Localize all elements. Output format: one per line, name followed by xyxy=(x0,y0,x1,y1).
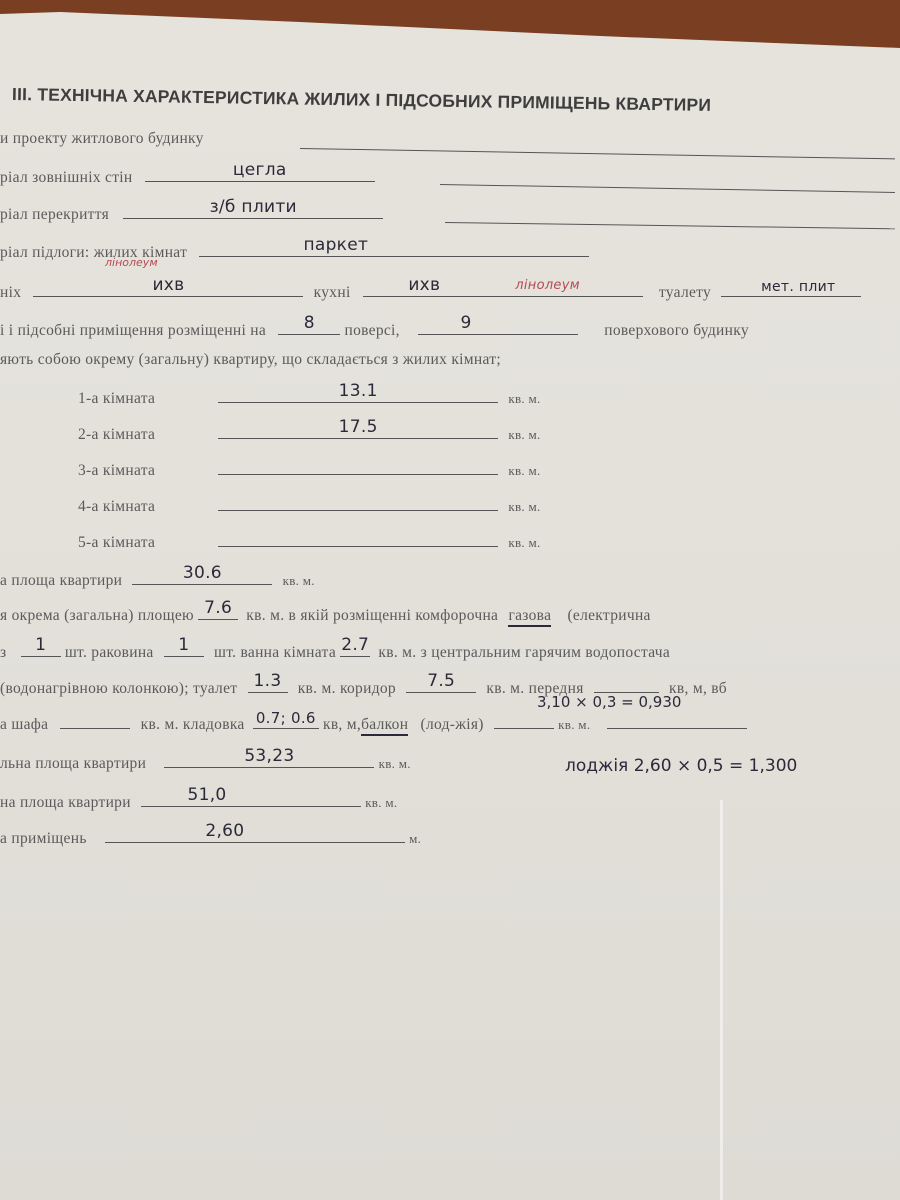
project-label: и проекту житлового будинку xyxy=(0,130,204,147)
living-area-value: 30.6 xyxy=(183,563,222,583)
room-unit: кв. м. xyxy=(508,427,540,442)
closet-row: а шафа кв. м. кладовка 0.7; 0.6 кв, м,ба… xyxy=(0,712,747,734)
room-row: 1-а кімната 13.1 кв. м. xyxy=(78,386,541,408)
location-suffix: поверхового будинку xyxy=(604,322,749,339)
room-unit: кв. м. xyxy=(508,391,540,406)
kitchen-note: лінолеум xyxy=(515,278,580,293)
sink-row: з 1 шт. раковина 1 шт. ванна кімната 2.7… xyxy=(0,640,670,662)
balcony-label: балкон xyxy=(361,716,408,736)
storage-area: 0.7; 0.6 xyxy=(256,709,316,727)
usable-area-label: на площа квартири xyxy=(0,794,131,811)
room-unit: кв. м. xyxy=(508,499,540,514)
room-area-field: 13.1 xyxy=(218,386,498,403)
room-area-field xyxy=(218,494,498,511)
total-area-value: 53,23 xyxy=(244,746,294,766)
room-row: 3-а кімната кв. м. xyxy=(78,458,541,480)
closet-field xyxy=(60,712,130,729)
toilet-field: мет. плит xyxy=(721,280,861,297)
closet-t4: кв. м. xyxy=(558,717,590,732)
floor-types-row: ніх ихв кухні ихв лінолеум туалету мет. … xyxy=(0,280,861,302)
walls-line-ext xyxy=(440,184,895,193)
kitchen-area-field: 7.6 xyxy=(198,603,238,620)
balcony-calc: 3,10 × 0,3 = 0,930 xyxy=(537,693,681,711)
toilet-value: мет. плит xyxy=(761,279,835,295)
floor-value: паркет xyxy=(303,235,368,255)
aux-label: ніх xyxy=(0,284,21,301)
room-label: 5-а кімната xyxy=(78,534,198,552)
aux-field: ихв xyxy=(33,280,303,297)
room-area: 17.5 xyxy=(339,417,378,437)
stove-count: 1 xyxy=(35,635,46,655)
walls-row: ріал зовнішніх стін цегла xyxy=(0,165,375,187)
room-row: 2-а кімната 17.5 кв. м. xyxy=(78,422,541,444)
closet-extra-field xyxy=(607,712,747,729)
closet-t1: кв. м. кладовка xyxy=(141,716,245,733)
kitchen-value: ихв xyxy=(408,275,440,295)
hall-field xyxy=(594,676,659,693)
kitchen-label: кухні xyxy=(314,284,351,301)
kitchen-text: кв. м. в якій розміщенні комфорочна xyxy=(246,607,498,624)
living-area-row: а площа квартири 30.6 кв. м. xyxy=(0,568,315,590)
total-area-field: 53,23 xyxy=(164,751,374,768)
total-area-label: льна площа квартири xyxy=(0,755,146,772)
heater-prefix: (водонагрівною колонкою); туалет xyxy=(0,680,237,697)
location-row: і і підсобні приміщення розміщенні на 8 … xyxy=(0,318,749,340)
sink-prefix: з xyxy=(0,644,6,661)
toilet-area-field: 1.3 xyxy=(248,676,288,693)
stove-count-field: 1 xyxy=(21,640,61,657)
floor-number-field: 8 xyxy=(278,318,340,335)
storage-field: 0.7; 0.6 xyxy=(253,712,319,729)
room-row: 5-а кімната кв. м. xyxy=(78,530,541,552)
section-title: III. ТЕХНІЧНА ХАРАКТЕРИСТИКА ЖИЛИХ І ПІД… xyxy=(12,84,711,116)
document-page: III. ТЕХНІЧНА ХАРАКТЕРИСТИКА ЖИЛИХ І ПІД… xyxy=(0,0,900,1200)
sink-t2: шт. ванна кімната xyxy=(214,644,336,661)
balcony-field xyxy=(494,712,554,729)
room-area-field xyxy=(218,458,498,475)
closet-t2: кв, м, xyxy=(323,716,361,733)
location-prefix: і і підсобні приміщення розміщенні на xyxy=(0,322,266,339)
usable-area-row: на площа квартири 51,0 кв. м. xyxy=(0,790,397,812)
ceiling-field: з/б плити xyxy=(123,202,383,219)
room-area-field: 17.5 xyxy=(218,422,498,439)
room-label: 1-а кімната xyxy=(78,390,198,408)
sink-t3: кв. м. з центральним гарячим водопостача xyxy=(378,644,670,661)
floor-number: 8 xyxy=(304,313,315,333)
ceiling-row: ріал перекриття з/б плити xyxy=(0,202,383,224)
floor-field: паркет xyxy=(199,240,589,257)
heater-t1: кв. м. коридор xyxy=(298,680,396,697)
total-area-unit: кв. м. xyxy=(379,756,411,771)
building-floors-field: 9 xyxy=(418,318,578,335)
height-unit: м. xyxy=(409,831,421,846)
toilet-area: 1.3 xyxy=(254,671,282,691)
room-label: 4-а кімната xyxy=(78,498,198,516)
height-row: а приміщень 2,60 м. xyxy=(0,826,421,848)
building-floors: 9 xyxy=(460,313,471,333)
corridor-area: 7.5 xyxy=(427,671,455,691)
sink-t1: шт. раковина xyxy=(65,644,154,661)
composition-text: яють собою окрему (загальну) квартиру, щ… xyxy=(0,351,501,369)
usable-area-field: 51,0 xyxy=(141,790,361,807)
loggia-note: лоджія 2,60 × 0,5 = 1,300 xyxy=(565,756,797,776)
bath-value: 2.7 xyxy=(341,635,369,655)
total-area-row: льна площа квартири 53,23 кв. м. xyxy=(0,751,411,773)
closet-t3: (лод-жія) xyxy=(421,716,484,733)
living-area-unit: кв. м. xyxy=(283,573,315,588)
room-unit: кв. м. xyxy=(508,463,540,478)
walls-field: цегла xyxy=(145,165,375,182)
height-value: 2,60 xyxy=(205,821,244,841)
corridor-field: 7.5 xyxy=(406,676,476,693)
room-row: 4-а кімната кв. м. xyxy=(78,494,541,516)
aux-value: ихв xyxy=(152,275,184,295)
closet-prefix: а шафа xyxy=(0,716,48,733)
ceiling-line-ext xyxy=(445,222,895,229)
kitchen-suffix: (електрична xyxy=(567,607,650,624)
room-area-field xyxy=(218,530,498,547)
floor-label: ріал підлоги: жилих кімнат xyxy=(0,244,187,261)
project-field xyxy=(300,148,895,159)
project-row: и проекту житлового будинку xyxy=(0,130,204,148)
sink-count-field: 1 xyxy=(164,640,204,657)
kitchen-area-value: 7.6 xyxy=(204,598,232,618)
kitchen-field: ихв лінолеум xyxy=(363,280,643,297)
sink-count: 1 xyxy=(178,635,189,655)
bath-field: 2.7 xyxy=(340,640,370,657)
stove-type: газова xyxy=(508,607,551,627)
height-field: 2,60 xyxy=(105,826,405,843)
floor-row: ріал підлоги: жилих кімнат паркет xyxy=(0,240,589,262)
living-area-field: 30.6 xyxy=(132,568,272,585)
kitchen-prefix: я окрема (загальна) площею xyxy=(0,607,194,624)
location-mid: поверсі, xyxy=(344,322,399,339)
ceiling-value: з/б плити xyxy=(210,197,297,217)
room-label: 3-а кімната xyxy=(78,462,198,480)
ceiling-label: ріал перекриття xyxy=(0,206,109,223)
room-label: 2-а кімната xyxy=(78,426,198,444)
living-area-label: а площа квартири xyxy=(0,572,122,589)
walls-value: цегла xyxy=(233,160,287,180)
room-unit: кв. м. xyxy=(508,535,540,550)
usable-area-value: 51,0 xyxy=(187,785,226,805)
kitchen-area-row: я окрема (загальна) площею 7.6 кв. м. в … xyxy=(0,603,651,625)
height-label: а приміщень xyxy=(0,830,87,847)
aux-note: лінолеум xyxy=(105,256,158,269)
toilet-label: туалету xyxy=(659,284,711,301)
walls-label: ріал зовнішніх стін xyxy=(0,169,133,186)
usable-area-unit: кв. м. xyxy=(365,795,397,810)
room-area: 13.1 xyxy=(339,381,378,401)
